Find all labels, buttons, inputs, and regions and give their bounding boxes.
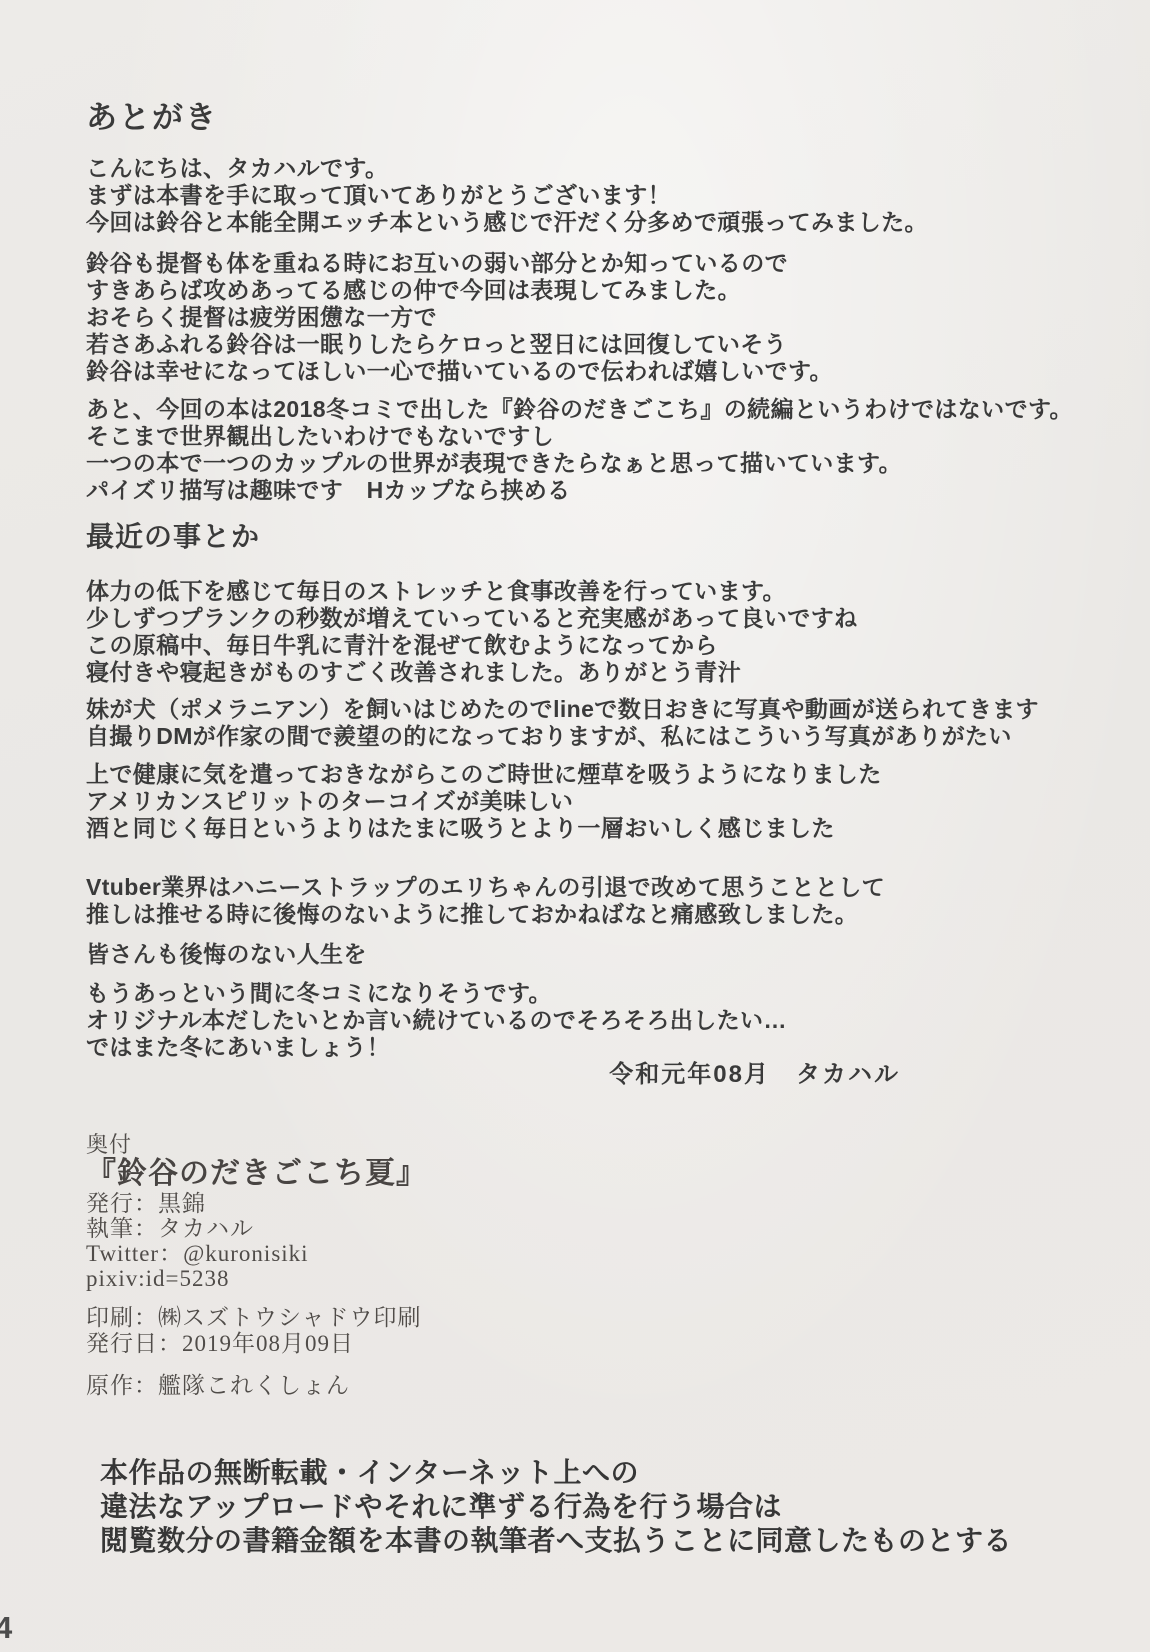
recent-paragraph-2: 妹が犬（ポメラニアン）を飼いはじめたのでlineで数日おきに写真や動画が送られて… (86, 696, 1110, 750)
warning-line: 違法なアップロードやそれに準ずる行為を行う場合は (100, 1490, 1110, 1524)
text-line: アメリカンスピリットのターコイズが美味しい (86, 788, 1110, 815)
text-line: ではまた冬にあいましょう！ (86, 1034, 1110, 1061)
text-line: あと、今回の本は2018冬コミで出した『鈴谷のだきごこち』の続編というわけではな… (86, 396, 1110, 423)
text-line: 自撮りDMが作家の間で羨望の的になっておりますが、私にはこういう写真がありがたい (86, 723, 1110, 750)
publisher-line: 発行：黒錦 (86, 1191, 1110, 1216)
recent-paragraph-6: もうあっという間に冬コミになりそうです。 オリジナル本だしたいとか言い続けている… (86, 980, 1110, 1061)
text-line: 若さあふれる鈴谷は一眠りしたらケロっと翌日には回復していそう (86, 331, 1110, 358)
afterword-paragraph-3: あと、今回の本は2018冬コミで出した『鈴谷のだきごこち』の続編というわけではな… (86, 396, 1110, 504)
author-line: 執筆：タカハル (86, 1216, 1110, 1241)
text-line: この原稿中、毎日牛乳に青汁を混ぜて飲むようになってから (86, 632, 1110, 659)
text-line: 今回は鈴谷と本能全開エッチ本という感じで汗だく分多めで頑張ってみました。 (86, 209, 1110, 236)
text-line: 少しずつプランクの秒数が増えていっていると充実感があって良いですね (86, 605, 1110, 632)
text-line: Vtuber業界はハニーストラップのエリちゃんの引退で改めて思うこととして (86, 874, 1110, 901)
recent-paragraph-3: 上で健康に気を遣っておきながらこのご時世に煙草を吸うようになりました アメリカン… (86, 761, 1110, 842)
recent-news-heading: 最近の事とか (86, 520, 1110, 554)
colophon-original-work: 原作：艦隊これくしょん (86, 1373, 1110, 1398)
original-work-line: 原作：艦隊これくしょん (86, 1373, 1110, 1398)
afterword-paragraph-1: こんにちは、タカハルです。 まずは本書を手に取って頂いてありがとうございます！ … (86, 155, 1110, 236)
afterword-paragraph-2: 鈴谷も提督も体を重ねる時にお互いの弱い部分とか知っているので すきあらば攻めあっ… (86, 250, 1110, 385)
colophon-label: 奥付 (86, 1133, 1110, 1157)
text-line: 鈴谷は幸せになってほしい一心で描いているので伝われば嬉しいです。 (86, 358, 1110, 385)
printer-line: 印刷：㈱スズトウシャドウ印刷 (86, 1305, 1110, 1331)
colophon-credits: 発行：黒錦 執筆：タカハル Twitter：@kuronisiki pixiv:… (86, 1191, 1110, 1291)
warning-line: 本作品の無断転載・インターネット上への (100, 1456, 1110, 1490)
colophon-printing: 印刷：㈱スズトウシャドウ印刷 発行日：2019年08月09日 (86, 1305, 1110, 1357)
text-line: すきあらば攻めあってる感じの仲で今回は表現してみました。 (86, 277, 1110, 304)
afterword-heading: あとがき (86, 100, 1110, 136)
book-title: 『鈴谷のだきごこち夏』 (86, 1157, 1110, 1191)
colophon-section: 奥付 『鈴谷のだきごこち夏』 発行：黒錦 執筆：タカハル Twitter：@ku… (86, 1133, 1110, 1398)
text-line: こんにちは、タカハルです。 (86, 155, 1110, 182)
text-line: 妹が犬（ポメラニアン）を飼いはじめたのでlineで数日おきに写真や動画が送られて… (86, 696, 1110, 723)
text-line: 酒と同じく毎日というよりはたまに吸うとより一層おいしく感じました (86, 815, 1110, 842)
text-line: 体力の低下を感じて毎日のストレッチと食事改善を行っています。 (86, 578, 1110, 605)
text-line: 推しは推せる時に後悔のないように推しておかねばなと痛感致しました。 (86, 901, 1110, 928)
scanned-afterword-page: あとがき こんにちは、タカハルです。 まずは本書を手に取って頂いてありがとうござ… (0, 0, 1150, 1652)
text-line: 皆さんも後悔のない人生を (86, 941, 1110, 968)
page-content: あとがき こんにちは、タカハルです。 まずは本書を手に取って頂いてありがとうござ… (0, 0, 1150, 1558)
text-line: おそらく提督は疲労困憊な一方で (86, 304, 1110, 331)
warning-line: 閲覧数分の書籍金額を本書の執筆者へ支払うことに同意したものとする (100, 1524, 1110, 1558)
page-number: 4 (0, 1610, 12, 1646)
text-line: 寝付きや寝起きがものすごく改善されました。ありがとう青汁 (86, 659, 1110, 686)
text-line: まずは本書を手に取って頂いてありがとうございます！ (86, 182, 1110, 209)
text-line: 一つの本で一つのカップルの世界が表現できたらなぁと思って描いています。 (86, 450, 1110, 477)
text-line: 鈴谷も提督も体を重ねる時にお互いの弱い部分とか知っているので (86, 250, 1110, 277)
text-line: パイズリ描写は趣味です Hカップなら挟める (86, 477, 1110, 504)
recent-paragraph-4: Vtuber業界はハニーストラップのエリちゃんの引退で改めて思うこととして 推し… (86, 874, 1110, 928)
copyright-warning: 本作品の無断転載・インターネット上への 違法なアップロードやそれに準ずる行為を行… (100, 1456, 1110, 1558)
date-author-signature: 令和元年08月 タカハル (86, 1061, 1110, 1088)
twitter-line: Twitter：@kuronisiki (86, 1241, 1110, 1266)
recent-paragraph-5: 皆さんも後悔のない人生を (86, 941, 1110, 968)
pixiv-line: pixiv:id=5238 (86, 1266, 1110, 1291)
publish-date-line: 発行日：2019年08月09日 (86, 1331, 1110, 1357)
text-line: そこまで世界観出したいわけでもないですし (86, 423, 1110, 450)
recent-paragraph-1: 体力の低下を感じて毎日のストレッチと食事改善を行っています。 少しずつプランクの… (86, 578, 1110, 686)
text-line: 上で健康に気を遣っておきながらこのご時世に煙草を吸うようになりました (86, 761, 1110, 788)
text-line: もうあっという間に冬コミになりそうです。 (86, 980, 1110, 1007)
text-line: オリジナル本だしたいとか言い続けているのでそろそろ出したい… (86, 1007, 1110, 1034)
